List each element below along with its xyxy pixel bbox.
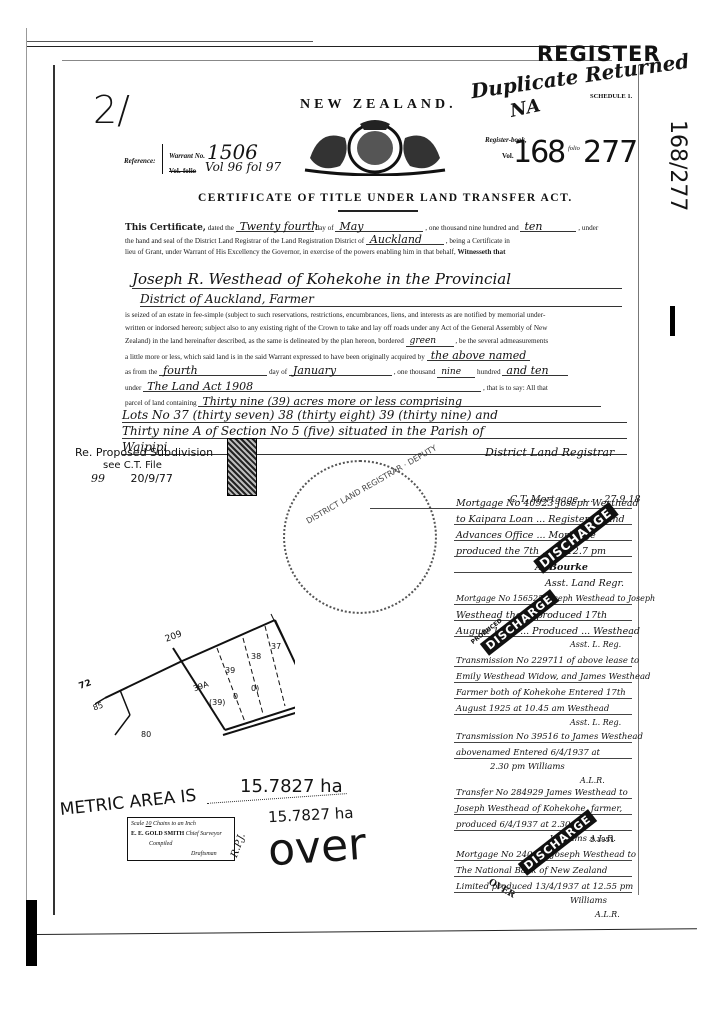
left-inner-border bbox=[53, 65, 55, 915]
as-from-label: as from the bbox=[125, 368, 157, 376]
acquired-year-value: and ten bbox=[502, 366, 568, 376]
scale-row: Scale 10 Chains to an Inch bbox=[131, 819, 231, 829]
memorial-rule bbox=[454, 876, 632, 877]
memorial-rule bbox=[454, 742, 632, 743]
memorial-rule bbox=[454, 698, 632, 699]
subdivision-line-2: see C.T. File bbox=[75, 459, 213, 472]
delineation-text: Zealand) in the land hereinafter describ… bbox=[125, 337, 404, 345]
estate-line-2: written or indorsed hereon; subject also… bbox=[125, 324, 640, 333]
surveyor-title: Chief Surveyor bbox=[186, 831, 222, 837]
subdivision-initials: 99 bbox=[91, 472, 105, 485]
under-act-label: under bbox=[125, 384, 141, 392]
that-is-label: , that is to say: All that bbox=[483, 384, 548, 392]
metric-area-label: METRIC AREA IS bbox=[59, 786, 197, 820]
over-large: over bbox=[266, 819, 367, 877]
memorial-11: Transmission No 229711 of above lease to bbox=[456, 656, 639, 666]
memorial-17: abovenamed Entered 6/4/1937 at bbox=[456, 748, 600, 758]
memorial-27: Williams bbox=[570, 896, 607, 906]
subdivision-line-3: 99 20/9/77 bbox=[75, 472, 213, 485]
line-2: the hand and seal of the District Land R… bbox=[125, 235, 635, 246]
memorial-14: August 1925 at 10.45 am Westhead bbox=[456, 704, 609, 714]
folio-number: 2/ bbox=[93, 88, 130, 132]
reference-label: Reference: bbox=[124, 157, 155, 165]
memorial-21: Joseph Westhead of Kohekohe, farmer, bbox=[456, 804, 622, 814]
memorial-12: Emily Westhead Widow, and James Westhead bbox=[456, 672, 651, 682]
plan-label-0: 0 bbox=[233, 692, 238, 701]
plan-label-38: 38 bbox=[251, 652, 261, 661]
vol-folio-value: Vol 96 fol 97 bbox=[205, 160, 281, 174]
certificate-title: CERTIFICATE OF TITLE UNDER LAND TRANSFER… bbox=[198, 192, 573, 204]
registrar-signature: District Land Registrar bbox=[485, 446, 614, 459]
coat-of-arms bbox=[300, 118, 450, 176]
draftsman-label: Draftsman bbox=[131, 849, 231, 859]
act-value: The Land Act 1908 bbox=[143, 382, 481, 392]
day-of-label: day of bbox=[316, 224, 334, 232]
border-color-value: green bbox=[406, 337, 454, 347]
acquired-month-value: January bbox=[289, 366, 392, 376]
acq-day-of-label: day of bbox=[269, 368, 287, 376]
registrar-text: the hand and seal of the District Land R… bbox=[125, 237, 364, 245]
scale-value: 10 bbox=[146, 821, 152, 827]
top-border bbox=[27, 41, 313, 42]
memorial-28: A.L.R. bbox=[595, 910, 620, 919]
memorial-16: Transmission No 39516 to James Westhead bbox=[456, 732, 643, 742]
memorial-6: Asst. Land Regr. bbox=[545, 578, 624, 589]
admeasurements-text: , be the several admeasurements bbox=[455, 337, 548, 345]
surveyor-row: E. E. GOLD SMITH Chief Surveyor bbox=[131, 829, 231, 839]
revenue-stamp bbox=[227, 438, 257, 496]
plan-label-39: 39 bbox=[225, 666, 235, 675]
estate-line-5: as from the fourth day of January , one … bbox=[125, 366, 640, 378]
dated-label: dated the bbox=[208, 224, 234, 232]
memorial-rule bbox=[454, 714, 632, 715]
plan-label-72: 72 bbox=[78, 678, 93, 692]
month-value: May bbox=[335, 222, 423, 232]
register-folio-value: 277 bbox=[583, 135, 637, 170]
metric-area-value: 15.7827 ha bbox=[240, 776, 343, 797]
parcel-label: parcel of land containing bbox=[125, 399, 197, 407]
certificate-in-lieu-text: , being a Certificate in bbox=[446, 237, 510, 245]
memorial-rule bbox=[454, 814, 632, 815]
memorial-19: A.L.R. bbox=[580, 776, 605, 785]
right-edge-mark bbox=[670, 306, 675, 336]
plan-label-37: 37 bbox=[271, 642, 281, 651]
memorial-15: Asst. L. Reg. bbox=[570, 718, 621, 727]
under-label: , under bbox=[578, 224, 598, 232]
memorial-rule bbox=[454, 892, 632, 893]
plan-label-0-paren: 0) bbox=[251, 684, 259, 693]
warrant-label: Warrant No. bbox=[169, 152, 205, 160]
lots-line-1: Lots No 37 (thirty seven) 38 (thirty eig… bbox=[122, 408, 627, 423]
subdivision-line-1: Re. Proposed Subdivision bbox=[75, 446, 213, 459]
memorial-4: produced the 7th ... at 12.7 pm bbox=[456, 546, 606, 557]
witnesseth-label: Witnesseth that bbox=[458, 248, 506, 256]
right-inner-border bbox=[638, 65, 639, 895]
owner-line-2: District of Auckland, Farmer bbox=[140, 292, 622, 307]
country-heading: NEW ZEALAND. bbox=[300, 97, 457, 113]
acquired-nine-value: nine bbox=[437, 368, 475, 378]
top-rule-dotted bbox=[62, 60, 612, 61]
subdivision-date: 20/9/77 bbox=[131, 472, 173, 485]
memorial-rule bbox=[454, 666, 632, 667]
district-value: Auckland bbox=[366, 235, 444, 245]
certificate-intro: This Certificate, bbox=[125, 223, 206, 233]
acq-thousand-label: , one thousand bbox=[394, 368, 436, 376]
year-value: ten bbox=[520, 222, 576, 232]
line-3: lieu of Grant, under Warrant of His Exce… bbox=[125, 248, 635, 257]
memorial-26: Limited produced 13/4/1937 at 12.55 pm bbox=[456, 882, 633, 892]
initials-signature: NA bbox=[508, 95, 542, 122]
memorial-13: Farmer both of Kohekohe Entered 17th bbox=[456, 688, 626, 698]
plan-label-39-paren: (39) bbox=[209, 698, 225, 707]
memorial-rule bbox=[454, 798, 632, 799]
memorial-rule bbox=[454, 830, 632, 831]
acquired-day-value: fourth bbox=[159, 366, 267, 376]
register-vol-value: 168 bbox=[513, 135, 564, 170]
folio-label: folio bbox=[568, 145, 580, 152]
warrant-text: lieu of Grant, under Warrant of His Exce… bbox=[125, 248, 456, 256]
surveyor-name: E. E. GOLD SMITH bbox=[131, 831, 184, 837]
line-1: This Certificate, dated the Twenty fourt… bbox=[125, 222, 635, 233]
estate-line-7: parcel of land containing Thirty nine (3… bbox=[125, 397, 640, 408]
estate-line-1: is seized of an estate in fee-simple (su… bbox=[125, 311, 640, 320]
estate-line-4: a little more or less, which said land i… bbox=[125, 351, 640, 362]
estate-paragraph: is seized of an estate in fee-simple (su… bbox=[125, 311, 640, 408]
memorial-18: 2.30 pm Williams bbox=[490, 762, 565, 772]
reference-brace bbox=[162, 144, 167, 174]
owner-line-1: Joseph R. Westhead of Kohekohe in the Pr… bbox=[132, 270, 622, 289]
schedule-label: SCHEDULE 1. bbox=[590, 93, 632, 100]
plan-label-80: 80 bbox=[141, 730, 151, 739]
area-value: Thirty nine (39) acres more or less comp… bbox=[198, 397, 601, 407]
memorials-column: C.T. Mortgage .... 27.9.18 Mortgage No 4… bbox=[370, 494, 632, 894]
compiled-label: Compiled bbox=[131, 839, 231, 849]
title-underline bbox=[338, 210, 418, 212]
estate-line-3: Zealand) in the land hereinafter describ… bbox=[125, 337, 640, 347]
left-outer-border bbox=[26, 28, 27, 953]
lots-line-2: Thirty nine A of Section No 5 (five) sit… bbox=[122, 424, 627, 439]
certificate-body: This Certificate, dated the Twenty fourt… bbox=[125, 222, 635, 257]
subdivision-note: Re. Proposed Subdivision see C.T. File 9… bbox=[75, 446, 213, 485]
acquired-by-value: the above named bbox=[427, 351, 530, 361]
memorial-rule bbox=[454, 682, 632, 683]
land-plan: 209 72 85 80 37 38 39 39A (39) 0 0) bbox=[95, 610, 295, 760]
acquired-text: a little more or less, which said land i… bbox=[125, 353, 425, 361]
memorial-rule bbox=[454, 758, 632, 759]
chains-label: Chains to an Inch bbox=[153, 821, 196, 827]
bottom-rule bbox=[37, 928, 697, 935]
acq-hundred-label: hundred bbox=[477, 368, 501, 376]
estate-line-6: under The Land Act 1908 , that is to say… bbox=[125, 382, 640, 393]
discharged-date: 2.1951 bbox=[590, 836, 615, 844]
vol-folio-label: Vol.-folio bbox=[169, 167, 196, 175]
vol-label: Vol. bbox=[502, 152, 514, 160]
scale-box: Scale 10 Chains to an Inch E. E. GOLD SM… bbox=[127, 817, 235, 861]
day-value: Twenty fourth bbox=[236, 222, 314, 232]
left-thick-border bbox=[26, 900, 37, 966]
memorial-20: Transfer No 284929 James Westhead to bbox=[456, 788, 628, 798]
side-reference: 168/277 bbox=[665, 120, 690, 211]
memorial-10: Asst. L. Reg. bbox=[570, 640, 621, 649]
scale-label: Scale bbox=[131, 821, 144, 827]
year-label: , one thousand nine hundred and bbox=[425, 224, 518, 232]
